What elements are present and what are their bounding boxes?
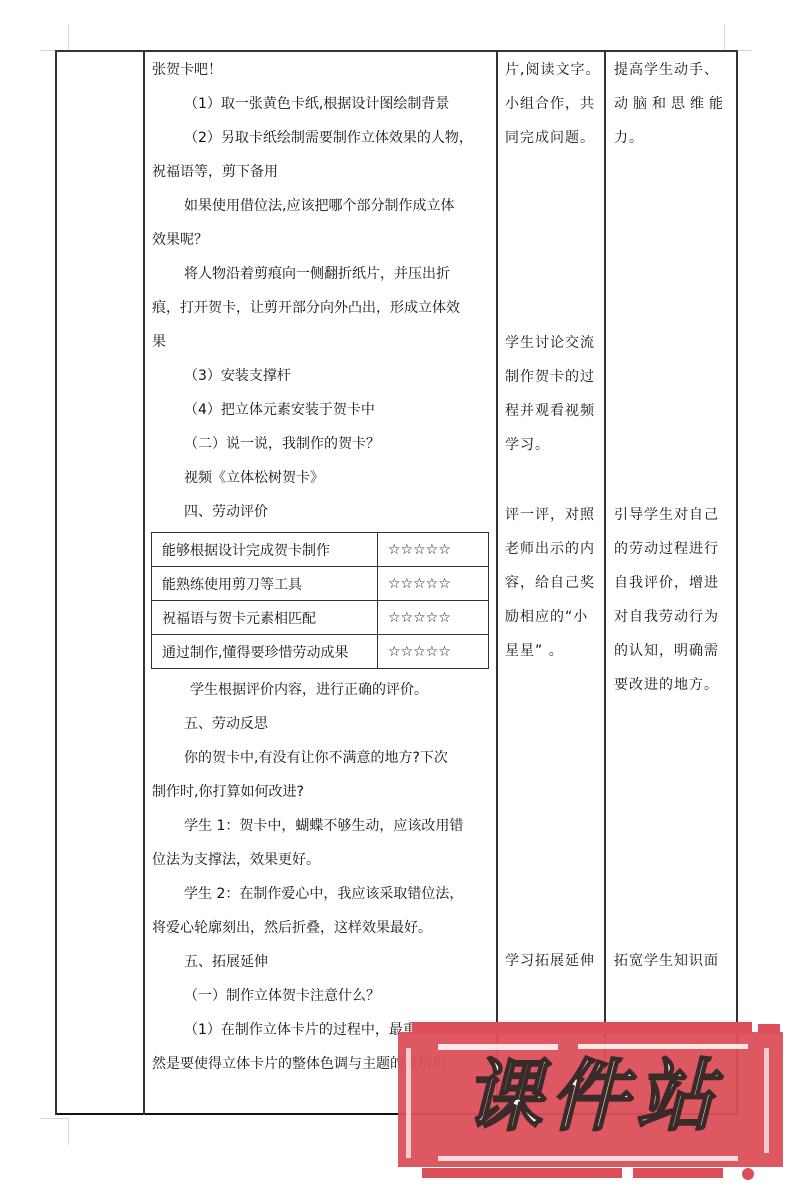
crop-mark-top-left-h [40, 50, 55, 51]
text-line: （3）安装支撑杆 [152, 359, 492, 393]
text-line: 学习。 [505, 428, 601, 462]
crop-mark-top-right-v [724, 24, 725, 51]
star-rating-cell: ☆☆☆☆☆ [378, 533, 489, 567]
table-row: 能够根据设计完成贺卡制作 ☆☆☆☆☆ [152, 533, 489, 567]
text-line: 张贺卡吧！ [152, 53, 492, 87]
text-line: 力。 [614, 121, 734, 155]
text-line: （2）另取卡纸绘制需要制作立体效果的人物， [152, 121, 492, 155]
design-intent-block-1: 提高学生动手、 动脑和思维能 力。 [614, 53, 734, 155]
text-line: 果 [152, 325, 492, 359]
text-line: 小组合作，共 [505, 87, 601, 121]
text-line: 对自我劳动行为 [614, 600, 734, 634]
table-left-border [55, 50, 57, 1115]
text-line: 的劳动过程进行 [614, 532, 734, 566]
text-line: 制作贺卡的过 [505, 360, 601, 394]
text-line: 你的贺卡中,有没有让你不满意的地方?下次 [152, 741, 492, 775]
section-heading: 五、劳动反思 [152, 707, 492, 741]
text-line: 拓宽学生知识面 [614, 944, 734, 978]
criterion-cell: 通过制作,懂得要珍惜劳动成果 [152, 635, 378, 669]
crop-mark-top-right-h [737, 50, 752, 51]
text-line: 痕，打开贺卡，让剪开部分向外凸出，形成立体效 [152, 291, 492, 325]
star-rating-cell: ☆☆☆☆☆ [378, 567, 489, 601]
text-line: （4）把立体元素安装于贺卡中 [152, 393, 492, 427]
table-right-border [736, 50, 738, 1115]
section-heading: 五、拓展延伸 [152, 945, 492, 979]
text-line: （二）说一说，我制作的贺卡？ [152, 427, 492, 461]
crop-mark-bottom-left-v [68, 1118, 69, 1145]
star-rating-cell: ☆☆☆☆☆ [378, 601, 489, 635]
design-intent-block-2: 引导学生对自己 的劳动过程进行 自我评价，增进 对自我劳动行为 的认知，明确需 … [614, 498, 734, 702]
section-heading: 四、劳动评价 [152, 495, 492, 529]
text-line: 学生讨论交流 [505, 326, 601, 360]
text-line: 学生 1：贺卡中，蝴蝶不够生动，应该改用错 [152, 809, 492, 843]
text-line: 评一评，对照 [505, 498, 601, 532]
text-line: 程并观看视频 [505, 394, 601, 428]
text-line: 将人物沿着剪痕向一侧翻折纸片，并压出折 [152, 257, 492, 291]
text-line: 动脑和思维能 [614, 87, 734, 121]
text-line: 的认知，明确需 [614, 634, 734, 668]
text-line: 效果呢？ [152, 223, 492, 257]
text-line: （1）取一张黄色卡纸,根据设计图绘制背景 [152, 87, 492, 121]
text-line: 励相应的“小 [505, 600, 601, 634]
design-intent-block-3: 拓宽学生知识面 [614, 944, 734, 978]
table-row: 能熟练使用剪刀等工具 ☆☆☆☆☆ [152, 567, 489, 601]
text-line: 祝福语等，剪下备用 [152, 155, 492, 189]
col-divider-3 [604, 50, 606, 1115]
text-line: 星星” 。 [505, 634, 601, 668]
teaching-process-cell: 张贺卡吧！ （1）取一张黄色卡纸,根据设计图绘制背景 （2）另取卡纸绘制需要制作… [152, 53, 492, 529]
crop-mark-top-left-v [68, 24, 69, 51]
text-line: 如果使用借位法,应该把哪个部分制作成立体 [152, 189, 492, 223]
text-line: 同完成问题。 [505, 121, 601, 155]
text-line: 学习拓展延伸 [505, 944, 601, 978]
text-line: 引导学生对自己 [614, 498, 734, 532]
watermark-text: 课件站 [428, 1052, 758, 1142]
col-divider-2 [496, 50, 498, 1115]
table-row: 祝福语与贺卡元素相匹配 ☆☆☆☆☆ [152, 601, 489, 635]
star-rating-cell: ☆☆☆☆☆ [378, 635, 489, 669]
crop-mark-bottom-left-h [40, 1118, 68, 1119]
text-line: 片,阅读文字。 [505, 53, 601, 87]
text-line: 自我评价，增进 [614, 566, 734, 600]
criterion-cell: 祝福语与贺卡元素相匹配 [152, 601, 378, 635]
text-line: 将爱心轮廓刻出，然后折叠，这样效果最好。 [152, 911, 492, 945]
student-activity-block-3: 评一评，对照 老师出示的内 容，给自己奖 励相应的“小 星星” 。 [505, 498, 601, 668]
text-line: 视频《立体松树贺卡》 [152, 461, 492, 495]
text-line: 提高学生动手、 [614, 53, 734, 87]
text-line: 要改进的地方。 [614, 668, 734, 702]
student-activity-block-1: 片,阅读文字。 小组合作，共 同完成问题。 [505, 53, 601, 155]
text-line: 制作时,你打算如何改进? [152, 775, 492, 809]
criterion-cell: 能熟练使用剪刀等工具 [152, 567, 378, 601]
criterion-cell: 能够根据设计完成贺卡制作 [152, 533, 378, 567]
text-line: 容，给自己奖 [505, 566, 601, 600]
student-activity-block-4: 学习拓展延伸 [505, 944, 601, 978]
text-line: 位法为支撑法，效果更好。 [152, 843, 492, 877]
col-divider-1 [143, 50, 145, 1115]
table-row: 通过制作,懂得要珍惜劳动成果 ☆☆☆☆☆ [152, 635, 489, 669]
table-top-border [55, 50, 738, 52]
text-line: （一）制作立体贺卡注意什么？ [152, 979, 492, 1013]
watermark-stamp: 课件站 [398, 1018, 788, 1183]
text-line: 学生 2：在制作爱心中，我应该采取错位法， [152, 877, 492, 911]
student-activity-block-2: 学生讨论交流 制作贺卡的过 程并观看视频 学习。 [505, 326, 601, 462]
text-line: 老师出示的内 [505, 532, 601, 566]
evaluation-table: 能够根据设计完成贺卡制作 ☆☆☆☆☆ 能熟练使用剪刀等工具 ☆☆☆☆☆ 祝福语与… [151, 532, 489, 669]
text-line: 学生根据评价内容，进行正确的评价。 [152, 673, 492, 707]
